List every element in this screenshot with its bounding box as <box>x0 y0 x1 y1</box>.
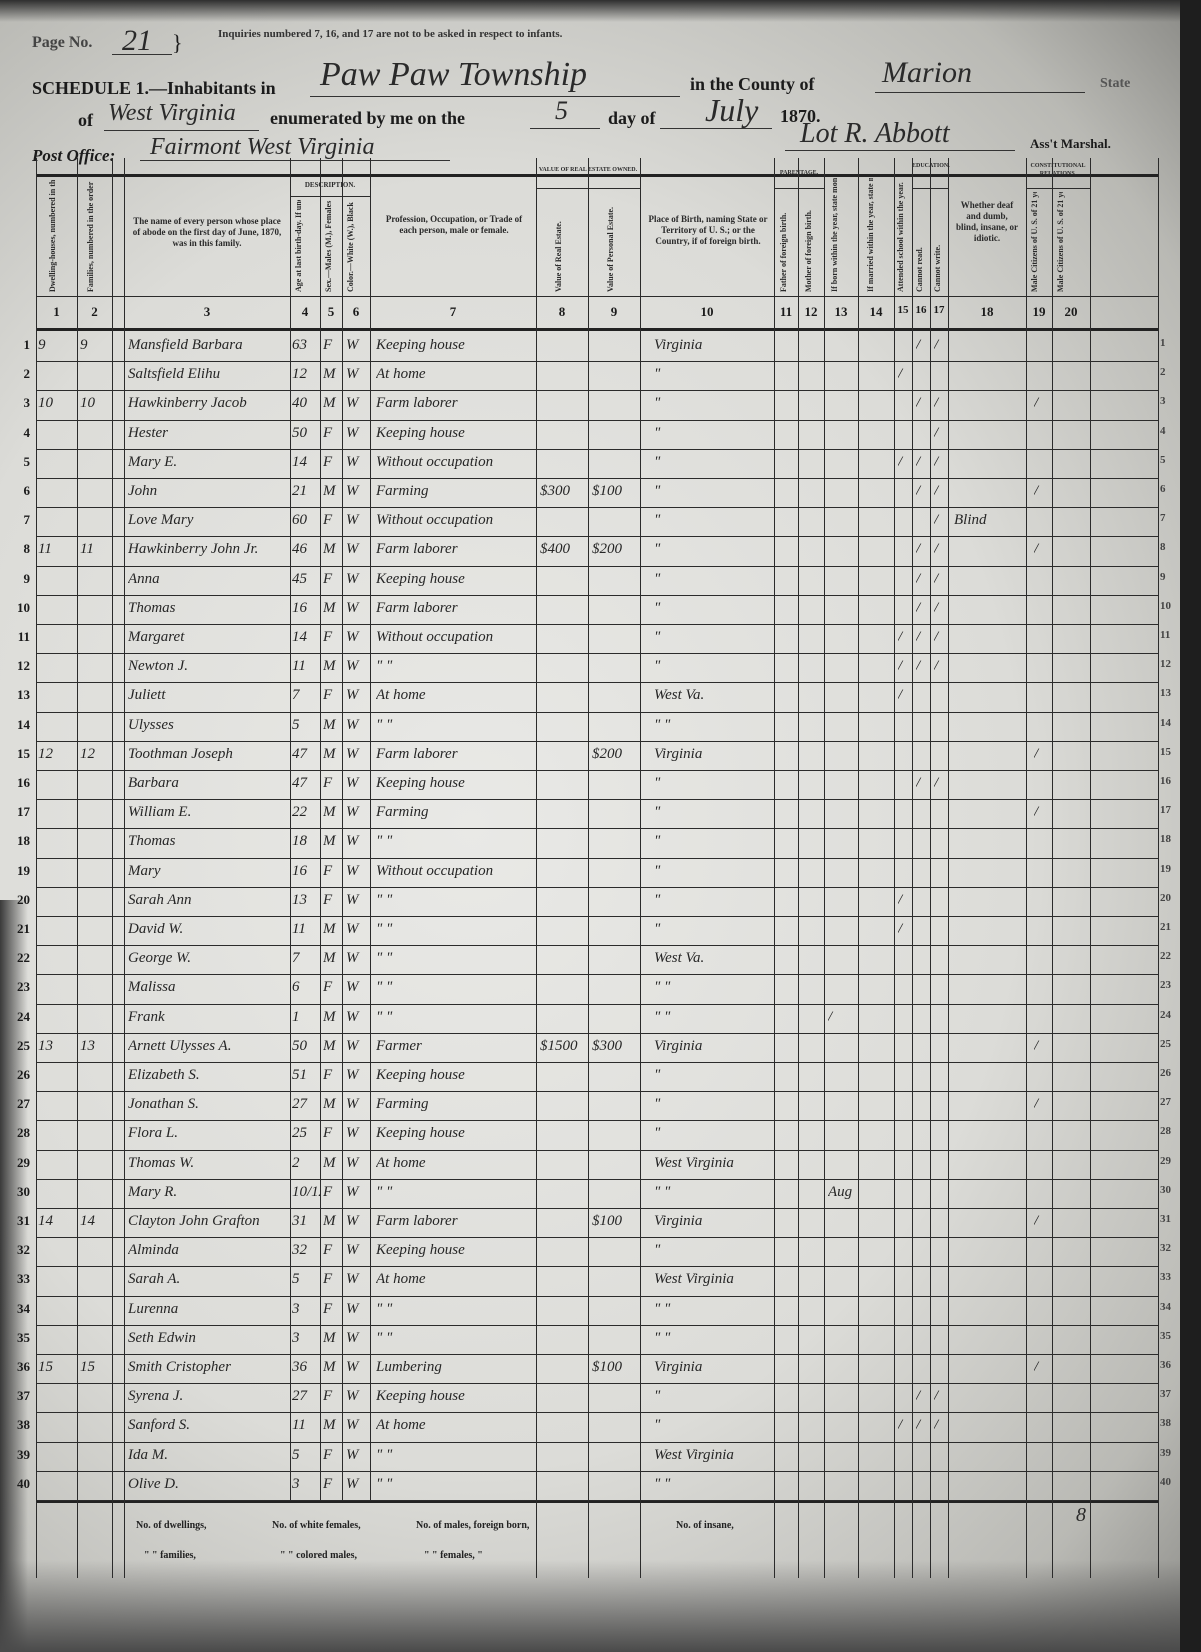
state-label: State <box>1100 76 1130 92</box>
sex: F <box>323 1242 341 1259</box>
line-number: 37 <box>6 1388 30 1404</box>
color: W <box>346 1009 368 1026</box>
sex: M <box>323 1213 341 1230</box>
occupation: " " <box>376 1476 534 1493</box>
col-number: 4 <box>290 304 320 320</box>
age: 12 <box>292 366 320 383</box>
line-number-right: 25 <box>1160 1038 1180 1050</box>
col-number: 12 <box>798 304 824 320</box>
col-rule <box>894 158 895 1578</box>
color: W <box>346 687 368 704</box>
line-number-right: 20 <box>1160 892 1180 904</box>
family-number: 9 <box>80 337 112 354</box>
row-rule <box>36 1354 1158 1355</box>
attended-school: / <box>898 629 912 646</box>
occupation: Keeping house <box>376 425 534 442</box>
birthplace: " <box>654 775 772 792</box>
person-name: Smith Cristopher <box>128 1359 288 1376</box>
cannot-read: / <box>916 395 930 412</box>
col-number: 3 <box>124 304 290 320</box>
line-number: 39 <box>6 1447 30 1463</box>
birthplace: Virginia <box>654 1038 772 1055</box>
line-number: 13 <box>6 687 30 703</box>
day-of-label: day of <box>608 108 656 129</box>
person-name: Sarah A. <box>128 1271 288 1288</box>
dwelling-number: 12 <box>38 746 76 763</box>
age: 51 <box>292 1067 320 1084</box>
line-number-right: 7 <box>1160 512 1180 524</box>
color: W <box>346 979 368 996</box>
age: 11 <box>292 921 320 938</box>
township-line <box>310 96 680 97</box>
col-rule <box>112 158 113 1578</box>
line-number-right: 4 <box>1160 425 1180 437</box>
person-name: William E. <box>128 804 288 821</box>
line-number-right: 6 <box>1160 483 1180 495</box>
color: W <box>346 1242 368 1259</box>
constitutional-group-rule <box>1026 188 1090 189</box>
header-bottom-rule <box>36 296 1158 297</box>
male-citizen-21: / <box>1034 804 1052 821</box>
age: 14 <box>292 454 320 471</box>
birthplace: West Va. <box>654 950 772 967</box>
male-citizen-21: / <box>1034 1096 1052 1113</box>
line-number: 7 <box>6 512 30 528</box>
row-rule <box>36 390 1158 391</box>
col12-header: Mother of foreign birth. <box>804 192 818 292</box>
col-rule <box>77 158 78 1578</box>
scan-shadow-top <box>0 0 1180 22</box>
occupation: " " <box>376 1447 534 1464</box>
cannot-write: / <box>934 1388 948 1405</box>
color: W <box>346 1447 368 1464</box>
line-number-right: 14 <box>1160 717 1180 729</box>
color: W <box>346 1417 368 1434</box>
line-number: 40 <box>6 1476 30 1492</box>
table-top-rule <box>36 174 1158 177</box>
color: W <box>346 1271 368 1288</box>
occupation: At home <box>376 366 534 383</box>
age: 11 <box>292 658 320 675</box>
age: 27 <box>292 1388 320 1405</box>
male-citizen-21: / <box>1034 1213 1052 1230</box>
person-name: Frank <box>128 1009 288 1026</box>
age: 21 <box>292 483 320 500</box>
row-rule <box>36 712 1158 713</box>
birthplace: " <box>654 1417 772 1434</box>
occupation: " " <box>376 717 534 734</box>
color: W <box>346 1388 368 1405</box>
line-number: 14 <box>6 717 30 733</box>
personal-estate-value: $200 <box>592 746 638 763</box>
col-number: 17 <box>930 304 948 316</box>
line-number: 21 <box>6 921 30 937</box>
birthplace: " <box>654 921 772 938</box>
color: W <box>346 950 368 967</box>
row-rule <box>36 770 1158 771</box>
scan-shadow-right <box>1180 0 1201 1652</box>
age: 40 <box>292 395 320 412</box>
birthplace: " <box>654 1125 772 1142</box>
attended-school: / <box>898 454 912 471</box>
cannot-read: / <box>916 658 930 675</box>
occupation: Without occupation <box>376 454 534 471</box>
person-name: Ulysses <box>128 717 288 734</box>
line-number-right: 27 <box>1160 1096 1180 1108</box>
footer-colored-males: " " colored males, <box>280 1550 357 1561</box>
line-number: 20 <box>6 892 30 908</box>
sex: F <box>323 775 341 792</box>
occupation: " " <box>376 1184 534 1201</box>
person-name: Thomas <box>128 833 288 850</box>
age: 3 <box>292 1301 320 1318</box>
col-rule <box>36 158 37 1578</box>
attended-school: / <box>898 687 912 704</box>
age: 13 <box>292 892 320 909</box>
month-value: July <box>705 92 758 129</box>
col-number: 14 <box>858 304 894 320</box>
person-name: Mansfield Barbara <box>128 337 288 354</box>
cannot-write: / <box>934 395 948 412</box>
line-number: 3 <box>6 395 30 411</box>
birthplace: " " <box>654 1184 772 1201</box>
census-table: DESCRIPTION. VALUE OF REAL ESTATE OWNED.… <box>36 158 1158 1578</box>
parentage-group-rule <box>774 188 824 189</box>
dwelling-number: 15 <box>38 1359 76 1376</box>
county-line <box>875 92 1085 93</box>
row-rule <box>36 887 1158 888</box>
row-rule <box>36 536 1158 537</box>
sex: M <box>323 1038 341 1055</box>
attended-school: / <box>898 892 912 909</box>
brace: } <box>172 30 183 56</box>
cannot-write: / <box>934 775 948 792</box>
age: 3 <box>292 1330 320 1347</box>
birthplace: " <box>654 892 772 909</box>
age: 7 <box>292 687 320 704</box>
row-rule <box>36 653 1158 654</box>
occupation: Keeping house <box>376 337 534 354</box>
birthplace: " <box>654 600 772 617</box>
person-name: Alminda <box>128 1242 288 1259</box>
person-name: Olive D. <box>128 1476 288 1493</box>
line-number: 30 <box>6 1184 30 1200</box>
birthplace: " " <box>654 1476 772 1493</box>
real-estate-value: $1500 <box>540 1038 586 1055</box>
age: 45 <box>292 571 320 588</box>
col-rule <box>640 158 641 1578</box>
sex: M <box>323 1009 341 1026</box>
page-number: 21 <box>122 24 152 58</box>
col1-header: Dwelling-houses, numbered in the order o… <box>48 180 68 292</box>
line-number-right: 15 <box>1160 746 1180 758</box>
row-rule <box>36 1150 1158 1151</box>
age: 27 <box>292 1096 320 1113</box>
real-estate-value: $400 <box>540 541 586 558</box>
birthplace: " " <box>654 1301 772 1318</box>
cannot-write: / <box>934 629 948 646</box>
color: W <box>346 1067 368 1084</box>
cannot-write: / <box>934 1417 948 1434</box>
day-value: 5 <box>555 96 568 126</box>
color: W <box>346 1213 368 1230</box>
row-rule <box>36 420 1158 421</box>
color: W <box>346 804 368 821</box>
occupation: Without occupation <box>376 629 534 646</box>
person-name: Hawkinberry Jacob <box>128 395 288 412</box>
page-number-line <box>112 54 172 55</box>
row-rule <box>36 1500 1158 1501</box>
page-label: Page No. <box>32 34 92 52</box>
line-number-right: 39 <box>1160 1447 1180 1459</box>
age: 22 <box>292 804 320 821</box>
sex: F <box>323 687 341 704</box>
family-number: 11 <box>80 541 112 558</box>
color: W <box>346 629 368 646</box>
cannot-write: / <box>934 512 948 529</box>
line-number: 18 <box>6 833 30 849</box>
col4-header: Age at last birth-day. If under 1 year, … <box>294 200 316 292</box>
person-name: Saltsfield Elihu <box>128 366 288 383</box>
person-name: Newton J. <box>128 658 288 675</box>
occupation: " " <box>376 921 534 938</box>
occupation: Keeping house <box>376 1125 534 1142</box>
birthplace: " " <box>654 717 772 734</box>
col3-header: The name of every person whose place of … <box>132 216 282 249</box>
line-number: 26 <box>6 1067 30 1083</box>
col20-header: Male Citizens of U. S. of 21 years of ag… <box>1056 192 1086 292</box>
col-rule <box>912 158 913 1578</box>
person-name: Syrena J. <box>128 1388 288 1405</box>
attended-school: / <box>898 366 912 383</box>
person-name: Hester <box>128 425 288 442</box>
col10-header: Place of Birth, naming State or Territor… <box>648 214 768 247</box>
sex: F <box>323 1125 341 1142</box>
constitutional-group-header: CONSTITUTIONAL RELATIONS. <box>1026 162 1090 178</box>
cannot-write: / <box>934 571 948 588</box>
family-number: 13 <box>80 1038 112 1055</box>
township-value: Paw Paw Township <box>320 56 587 94</box>
col-rule <box>1052 158 1053 1578</box>
sex: M <box>323 746 341 763</box>
col19-header: Male Citizens of U. S. of 21 years of ag… <box>1030 192 1048 292</box>
col-number: 19 <box>1026 304 1052 320</box>
person-name: Juliett <box>128 687 288 704</box>
col-rule <box>948 158 949 1578</box>
cannot-read: / <box>916 337 930 354</box>
line-number-right: 22 <box>1160 950 1180 962</box>
line-number-right: 29 <box>1160 1155 1180 1167</box>
occupation: Farm laborer <box>376 541 534 558</box>
row-rule <box>36 1062 1158 1063</box>
occupation: Farming <box>376 1096 534 1113</box>
row-rule <box>36 1383 1158 1384</box>
cannot-read: / <box>916 775 930 792</box>
sex: M <box>323 833 341 850</box>
birthplace: " <box>654 366 772 383</box>
line-number: 9 <box>6 571 30 587</box>
line-number: 31 <box>6 1213 30 1229</box>
col7-header: Profession, Occupation, or Trade of each… <box>380 214 528 236</box>
male-citizen-21: / <box>1034 746 1052 763</box>
dwelling-number: 10 <box>38 395 76 412</box>
person-name: Jonathan S. <box>128 1096 288 1113</box>
person-name: Flora L. <box>128 1125 288 1142</box>
row-rule <box>36 1237 1158 1238</box>
cannot-read: / <box>916 629 930 646</box>
occupation: Without occupation <box>376 863 534 880</box>
sex: F <box>323 1476 341 1493</box>
age: 25 <box>292 1125 320 1142</box>
color: W <box>346 483 368 500</box>
family-number: 15 <box>80 1359 112 1376</box>
real-estate-value: $300 <box>540 483 586 500</box>
occupation: " " <box>376 950 534 967</box>
line-number-right: 1 <box>1160 337 1180 349</box>
real-estate-group-header: VALUE OF REAL ESTATE OWNED. <box>536 166 640 174</box>
birthplace: " <box>654 629 772 646</box>
birthplace: " <box>654 425 772 442</box>
occupation: Farmer <box>376 1038 534 1055</box>
col-rule <box>1026 158 1027 1578</box>
col-number: 15 <box>894 304 912 316</box>
personal-estate-value: $200 <box>592 541 638 558</box>
color: W <box>346 541 368 558</box>
occupation: Keeping house <box>376 1242 534 1259</box>
row-rule <box>36 507 1158 508</box>
sex: F <box>323 337 341 354</box>
male-citizen-21: / <box>1034 1359 1052 1376</box>
person-name: Lurenna <box>128 1301 288 1318</box>
schedule-label: SCHEDULE 1.—Inhabitants in <box>32 78 276 99</box>
row-rule <box>36 682 1158 683</box>
occupation: Keeping house <box>376 571 534 588</box>
line-number-right: 36 <box>1160 1359 1180 1371</box>
sex: M <box>323 483 341 500</box>
occupation: Keeping house <box>376 1067 534 1084</box>
sex: F <box>323 454 341 471</box>
post-office-value: Fairmont West Virginia <box>150 134 374 161</box>
occupation: At home <box>376 1417 534 1434</box>
age: 5 <box>292 1271 320 1288</box>
line-number-right: 37 <box>1160 1388 1180 1400</box>
cannot-write: / <box>934 658 948 675</box>
footer-dwellings: No. of dwellings, <box>136 1520 207 1531</box>
occupation: Farm laborer <box>376 395 534 412</box>
cannot-read: / <box>916 541 930 558</box>
age: 46 <box>292 541 320 558</box>
cannot-write: / <box>934 337 948 354</box>
birthplace: West Va. <box>654 687 772 704</box>
sex: M <box>323 541 341 558</box>
sex: M <box>323 950 341 967</box>
color: W <box>346 833 368 850</box>
birthplace: " <box>654 863 772 880</box>
row-rule <box>36 478 1158 479</box>
row-rule <box>36 945 1158 946</box>
attended-school: / <box>898 921 912 938</box>
birthplace: " <box>654 1242 772 1259</box>
personal-estate-value: $100 <box>592 1359 638 1376</box>
person-name: Ida M. <box>128 1447 288 1464</box>
footer-families: " " families, <box>144 1550 196 1561</box>
row-rule <box>36 1442 1158 1443</box>
sex: M <box>323 804 341 821</box>
line-number-right: 32 <box>1160 1242 1180 1254</box>
line-number-right: 40 <box>1160 1476 1180 1488</box>
age: 32 <box>292 1242 320 1259</box>
inquiries-note: Inquiries numbered 7, 16, and 17 are not… <box>218 28 1118 40</box>
cannot-write: / <box>934 454 948 471</box>
col15-header: Attended school within the year. <box>896 178 910 292</box>
person-name: Mary E. <box>128 454 288 471</box>
month-line <box>660 128 772 129</box>
col-rule <box>536 158 537 1578</box>
line-number: 22 <box>6 950 30 966</box>
sex: M <box>323 1096 341 1113</box>
person-name: Sanford S. <box>128 1417 288 1434</box>
line-number-right: 26 <box>1160 1067 1180 1079</box>
enumerated-label: enumerated by me on the <box>270 108 465 129</box>
col9-header: Value of Personal Estate. <box>606 198 620 292</box>
occupation: " " <box>376 658 534 675</box>
age: 6 <box>292 979 320 996</box>
person-name: Barbara <box>128 775 288 792</box>
col5-header: Sex.—Males (M.), Females (F.) <box>324 200 340 292</box>
line-number: 25 <box>6 1038 30 1054</box>
sex: M <box>323 658 341 675</box>
row-rule <box>36 1004 1158 1005</box>
cannot-read: / <box>916 454 930 471</box>
occupation: Farm laborer <box>376 600 534 617</box>
dwelling-number: 13 <box>38 1038 76 1055</box>
footer-foreign-females: " " females, " <box>424 1550 483 1561</box>
line-number-right: 8 <box>1160 541 1180 553</box>
line-number-right: 16 <box>1160 775 1180 787</box>
age: 31 <box>292 1213 320 1230</box>
color: W <box>346 454 368 471</box>
line-number: 35 <box>6 1330 30 1346</box>
sex: F <box>323 629 341 646</box>
male-citizen-21: / <box>1034 1038 1052 1055</box>
occupation: Keeping house <box>376 775 534 792</box>
color: W <box>346 395 368 412</box>
birthplace: " <box>654 1067 772 1084</box>
line-number: 11 <box>6 629 30 645</box>
color: W <box>346 746 368 763</box>
col8-header: Value of Real Estate. <box>554 198 568 292</box>
occupation: " " <box>376 979 534 996</box>
color: W <box>346 921 368 938</box>
sex: M <box>323 1155 341 1172</box>
row-rule <box>36 916 1158 917</box>
line-number: 24 <box>6 1009 30 1025</box>
row-rule <box>36 858 1158 859</box>
footer-foreign-born: No. of males, foreign born, <box>416 1520 529 1531</box>
sex: F <box>323 1388 341 1405</box>
person-name: Arnett Ulysses A. <box>128 1038 288 1055</box>
row-rule <box>36 1325 1158 1326</box>
row-rule <box>36 1412 1158 1413</box>
row-rule <box>36 974 1158 975</box>
col-rule <box>1090 158 1091 1578</box>
occupation: Lumbering <box>376 1359 534 1376</box>
occupation: Without occupation <box>376 512 534 529</box>
line-number: 23 <box>6 979 30 995</box>
age: 2 <box>292 1155 320 1172</box>
person-name: Mary <box>128 863 288 880</box>
person-name: Elizabeth S. <box>128 1067 288 1084</box>
